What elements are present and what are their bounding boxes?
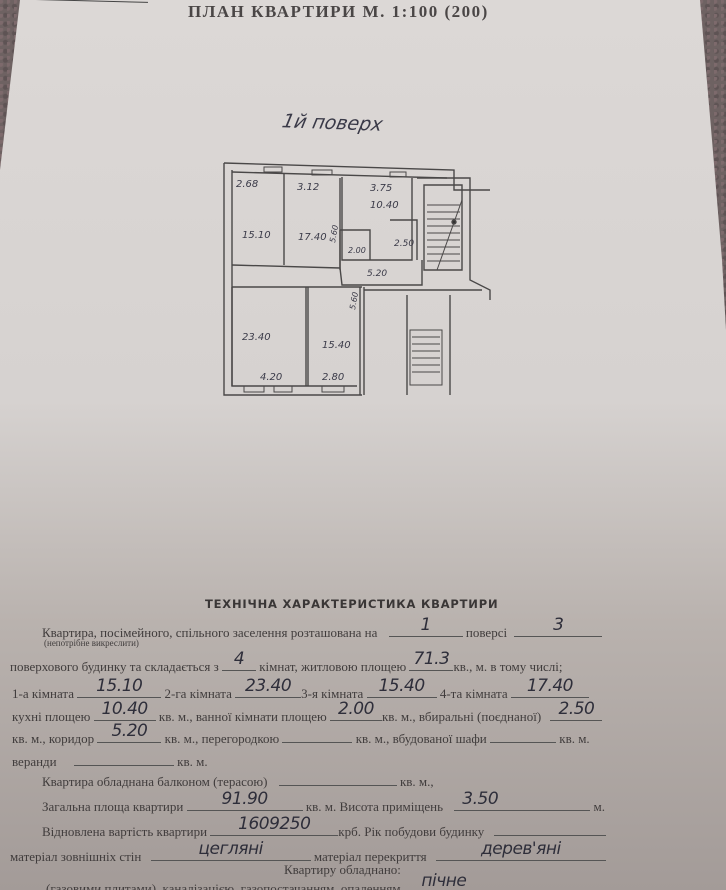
tech-section-title: ТЕХНІЧНА ХАРАКТЕРИСТИКА КВАРТИРИ (205, 597, 498, 611)
field-living-area[interactable]: 71.3 (409, 656, 453, 671)
field-wc[interactable]: 2.50 (550, 706, 602, 721)
plan-title: ПЛАН КВАРТИРИ М. 1:100 (200) (188, 2, 489, 22)
svg-text:15.40: 15.40 (322, 340, 351, 351)
svg-text:3.75: 3.75 (370, 183, 392, 194)
field-total-area[interactable]: 91.90 (187, 796, 303, 811)
field-build-year[interactable] (494, 821, 606, 836)
field-floor[interactable]: 1 (389, 622, 463, 637)
field-veranda[interactable] (74, 751, 174, 766)
field-room-4[interactable]: 17.40 (511, 683, 589, 698)
field-bathroom[interactable]: 2.00 (330, 706, 382, 721)
field-room-3[interactable]: 15.40 (367, 683, 437, 698)
svg-text:5.20: 5.20 (367, 269, 387, 279)
field-heating[interactable]: пічне (404, 878, 484, 890)
field-room-1[interactable]: 15.10 (77, 683, 161, 698)
floor-label: 1й поверх (280, 110, 385, 136)
field-kitchen[interactable]: 10.40 (94, 706, 156, 721)
field-row-rooms: поверхового будинку та складається з 4 к… (10, 656, 563, 675)
equipment-heading: Квартиру обладнано: (284, 862, 401, 878)
field-room-2[interactable]: 23.40 (235, 683, 301, 698)
field-row-total: Загальна площа квартири 91.90 кв. м. Вис… (42, 796, 605, 815)
floor-plan-drawing: 2.68 15.10 3.12 17.40 3.75 10.40 2.50 2.… (222, 150, 502, 400)
svg-text:4.20: 4.20 (260, 372, 282, 383)
svg-text:17.40: 17.40 (298, 232, 327, 243)
field-note: (непотрібне викреслити) (44, 638, 139, 648)
field-row-cost: Відновлена вартість квартири 1609250крб.… (42, 821, 606, 840)
svg-text:2.80: 2.80 (322, 372, 344, 383)
svg-text:15.10: 15.10 (242, 230, 271, 241)
field-row-corridor: кв. м., коридор 5.20 кв. м., перегородко… (12, 728, 590, 747)
svg-text:5.60: 5.60 (348, 291, 360, 310)
field-corridor[interactable]: 5.20 (97, 728, 161, 743)
field-room-count[interactable]: 4 (222, 656, 256, 671)
field-partition[interactable] (282, 728, 352, 743)
svg-text:2.68: 2.68 (236, 179, 258, 190)
field-wardrobe[interactable] (490, 728, 556, 743)
svg-text:2.50: 2.50 (394, 239, 414, 249)
field-row-balcony: Квартира обладнана балконом (терасою) кв… (42, 771, 434, 790)
field-wall-material[interactable]: цегляні (151, 846, 311, 861)
svg-text:5.60: 5.60 (328, 224, 340, 243)
field-restored-cost[interactable]: 1609250 (210, 821, 338, 836)
svg-text:10.40: 10.40 (370, 200, 399, 211)
field-floor-material[interactable]: дерев'яні (436, 846, 606, 861)
field-storeys[interactable]: 3 (514, 622, 602, 637)
field-balcony[interactable] (279, 771, 397, 786)
svg-text:23.40: 23.40 (242, 332, 271, 343)
svg-text:2.00: 2.00 (348, 246, 366, 255)
svg-text:3.12: 3.12 (297, 182, 319, 193)
field-row-utilities: (газовими плитами), каналізацією, газопо… (46, 878, 484, 890)
field-ceiling-height[interactable]: 3.50 (454, 796, 590, 811)
field-row-veranda: веранди кв. м. (12, 751, 208, 770)
